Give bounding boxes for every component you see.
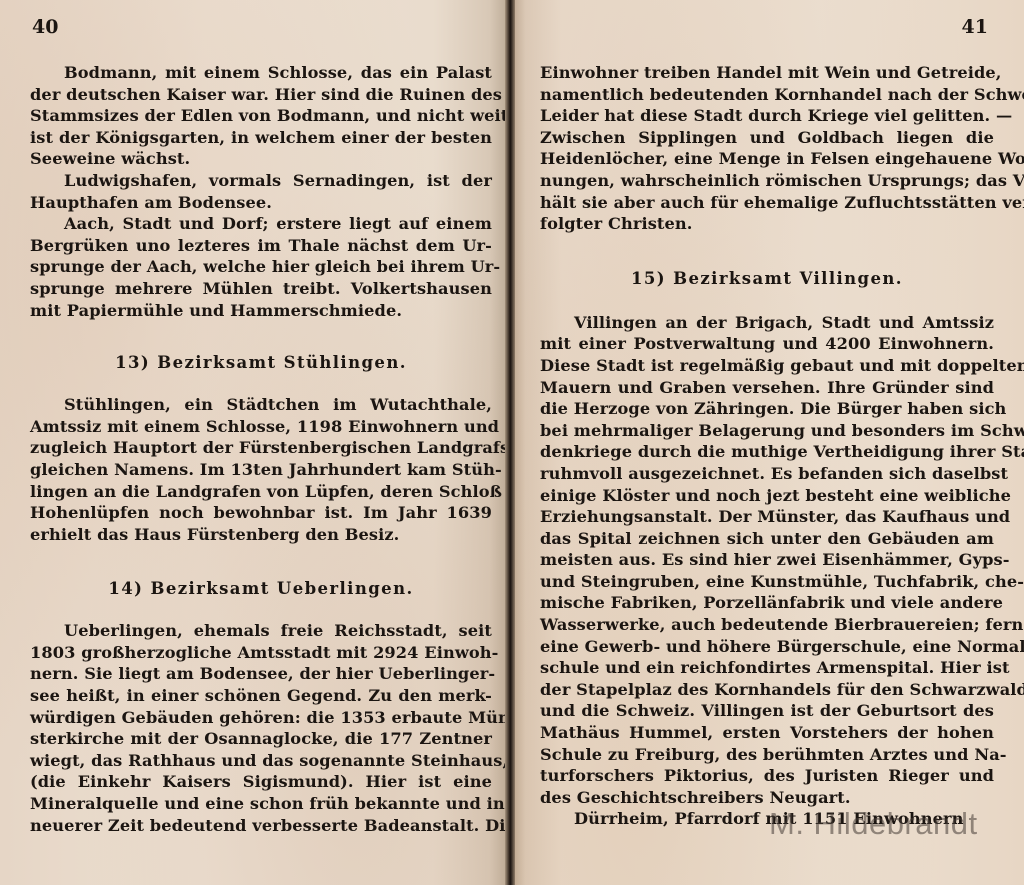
text-line: der Stapelplaz des Kornhandels für den S… bbox=[540, 679, 994, 701]
text-line: nungen, wahrscheinlich römischen Ursprun… bbox=[540, 170, 994, 192]
text-line: turforschers Piktorius, des Juristen Rie… bbox=[540, 765, 994, 787]
text-line: nern. Sie liegt am Bodensee, der hier Ue… bbox=[30, 663, 492, 685]
text-line: und die Schweiz. Villingen ist der Gebur… bbox=[540, 700, 994, 722]
text-line: Hohenlüpfen noch bewohnbar ist. Im Jahr … bbox=[30, 502, 492, 524]
text-line: Amtssiz mit einem Schlosse, 1198 Einwohn… bbox=[30, 416, 492, 438]
text-line: Mauern und Graben versehen. Ihre Gründer… bbox=[540, 377, 994, 399]
text-line: wiegt, das Rathhaus und das sogenannte S… bbox=[30, 750, 492, 772]
text-line: sterkirche mit der Osannaglocke, die 177… bbox=[30, 728, 492, 750]
paragraph-villingen: Villingen an der Brigach, Stadt und Amts… bbox=[540, 312, 994, 809]
text-line: denkriege durch die muthige Vertheidigun… bbox=[540, 441, 994, 463]
right-page: 41 Einwohner treiben Handel mit Wein und… bbox=[510, 0, 1024, 885]
text-line: Mathäus Hummel, ersten Vorstehers der ho… bbox=[540, 722, 994, 744]
text-line: Stühlingen, ein Städtchen im Wutachthale… bbox=[30, 394, 492, 416]
text-line: Wasserwerke, auch bedeutende Bierbrauere… bbox=[540, 614, 994, 636]
text-line: namentlich bedeutenden Kornhandel nach d… bbox=[540, 84, 994, 106]
text-line: erhielt das Haus Fürstenberg den Besiz. bbox=[30, 524, 492, 546]
text-line: lingen an die Landgrafen von Lüpfen, der… bbox=[30, 481, 492, 503]
text-line: folgter Christen. bbox=[540, 213, 994, 235]
page-number-left: 40 bbox=[30, 14, 492, 40]
text-line: eine Gewerb- und höhere Bürgerschule, ei… bbox=[540, 636, 994, 658]
text-line: Aach, Stadt und Dorf; erstere liegt auf … bbox=[30, 213, 492, 235]
text-line: Haupthafen am Bodensee. bbox=[30, 192, 492, 214]
paragraph-ueberlingen: Ueberlingen, ehemals freie Reichsstadt, … bbox=[30, 620, 492, 836]
text-line: (die Einkehr Kaisers Sigismund). Hier is… bbox=[30, 771, 492, 793]
text-line: bei mehrmaliger Belagerung und besonders… bbox=[540, 420, 994, 442]
text-line: mische Fabriken, Porzellänfabrik und vie… bbox=[540, 592, 994, 614]
text-line: Bergrüken uno lezteres im Thale nächst d… bbox=[30, 235, 492, 257]
text-line: das Spital zeichnen sich unter den Gebäu… bbox=[540, 528, 994, 550]
page-number-right: 41 bbox=[540, 14, 994, 40]
text-line: Heidenlöcher, eine Menge in Felsen einge… bbox=[540, 148, 994, 170]
section-heading-14: 14) Bezirksamt Ueberlingen. bbox=[30, 579, 492, 598]
text-line: gleichen Namens. Im 13ten Jahrhundert ka… bbox=[30, 459, 492, 481]
text-line: 1803 großherzogliche Amtsstadt mit 2924 … bbox=[30, 642, 492, 664]
text-line: Leider hat diese Stadt durch Kriege viel… bbox=[540, 105, 994, 127]
text-line: Villingen an der Brigach, Stadt und Amts… bbox=[540, 312, 994, 334]
text-line: zugleich Hauptort der Fürstenbergischen … bbox=[30, 437, 492, 459]
text-line: meisten aus. Es sind hier zwei Eisenhämm… bbox=[540, 549, 994, 571]
text-line: mit einer Postverwaltung und 4200 Einwoh… bbox=[540, 333, 994, 355]
paragraph-bodmann: Bodmann, mit einem Schlosse, das ein Pal… bbox=[30, 62, 492, 170]
section-heading-13: 13) Bezirksamt Stühlingen. bbox=[30, 353, 492, 372]
text-line: Zwischen Sipplingen und Goldbach liegen … bbox=[540, 127, 994, 149]
text-line: mit Papiermühle und Hammerschmiede. bbox=[30, 300, 492, 322]
paragraph-stuehlingen: Stühlingen, ein Städtchen im Wutachthale… bbox=[30, 394, 492, 545]
text-line: Mineralquelle und eine schon früh bekann… bbox=[30, 793, 492, 815]
text-line: Einwohner treiben Handel mit Wein und Ge… bbox=[540, 62, 994, 84]
text-line: Stammsizes der Edlen von Bodmann, und ni… bbox=[30, 105, 492, 127]
text-line: Ueberlingen, ehemals freie Reichsstadt, … bbox=[30, 620, 492, 642]
text-line: würdigen Gebäuden gehören: die 1353 erba… bbox=[30, 707, 492, 729]
text-line: die Herzoge von Zähringen. Die Bürger ha… bbox=[540, 398, 994, 420]
paragraph-ludwigshafen: Ludwigshafen, vormals Sernadingen, ist d… bbox=[30, 170, 492, 213]
text-line: Erziehungsanstalt. Der Münster, das Kauf… bbox=[540, 506, 994, 528]
text-line: der deutschen Kaiser war. Hier sind die … bbox=[30, 84, 492, 106]
text-line: und Steingruben, eine Kunstmühle, Tuchfa… bbox=[540, 571, 994, 593]
text-line: schule und ein reichfondirtes Armenspita… bbox=[540, 657, 994, 679]
text-line: einige Klöster und noch jezt besteht ein… bbox=[540, 485, 994, 507]
text-line: neuerer Zeit bedeutend verbesserte Badea… bbox=[30, 815, 492, 837]
text-line: hält sie aber auch für ehemalige Zufluch… bbox=[540, 192, 994, 214]
text-line: sprunge der Aach, welche hier gleich bei… bbox=[30, 256, 492, 278]
left-page: 40 Bodmann, mit einem Schlosse, das ein … bbox=[0, 0, 510, 885]
section-heading-15: 15) Bezirksamt Villingen. bbox=[540, 269, 994, 288]
text-line: see heißt, in einer schönen Gegend. Zu d… bbox=[30, 685, 492, 707]
paragraph-aach: Aach, Stadt und Dorf; erstere liegt auf … bbox=[30, 213, 492, 321]
watermark: M. Hildebrandt bbox=[769, 806, 978, 842]
text-line: Diese Stadt ist regelmäßig gebaut und mi… bbox=[540, 355, 994, 377]
book-spread: 40 Bodmann, mit einem Schlosse, das ein … bbox=[0, 0, 1024, 885]
paragraph-continuation: Einwohner treiben Handel mit Wein und Ge… bbox=[540, 62, 994, 235]
text-line: sprunge mehrere Mühlen treibt. Volkertsh… bbox=[30, 278, 492, 300]
text-line: ruhmvoll ausgezeichnet. Es befanden sich… bbox=[540, 463, 994, 485]
text-line: Bodmann, mit einem Schlosse, das ein Pal… bbox=[30, 62, 492, 84]
text-line: Seeweine wächst. bbox=[30, 148, 492, 170]
text-line: ist der Königsgarten, in welchem einer d… bbox=[30, 127, 492, 149]
text-line: Schule zu Freiburg, des berühmten Arztes… bbox=[540, 744, 994, 766]
text-line: Ludwigshafen, vormals Sernadingen, ist d… bbox=[30, 170, 492, 192]
book-gutter bbox=[505, 0, 515, 885]
